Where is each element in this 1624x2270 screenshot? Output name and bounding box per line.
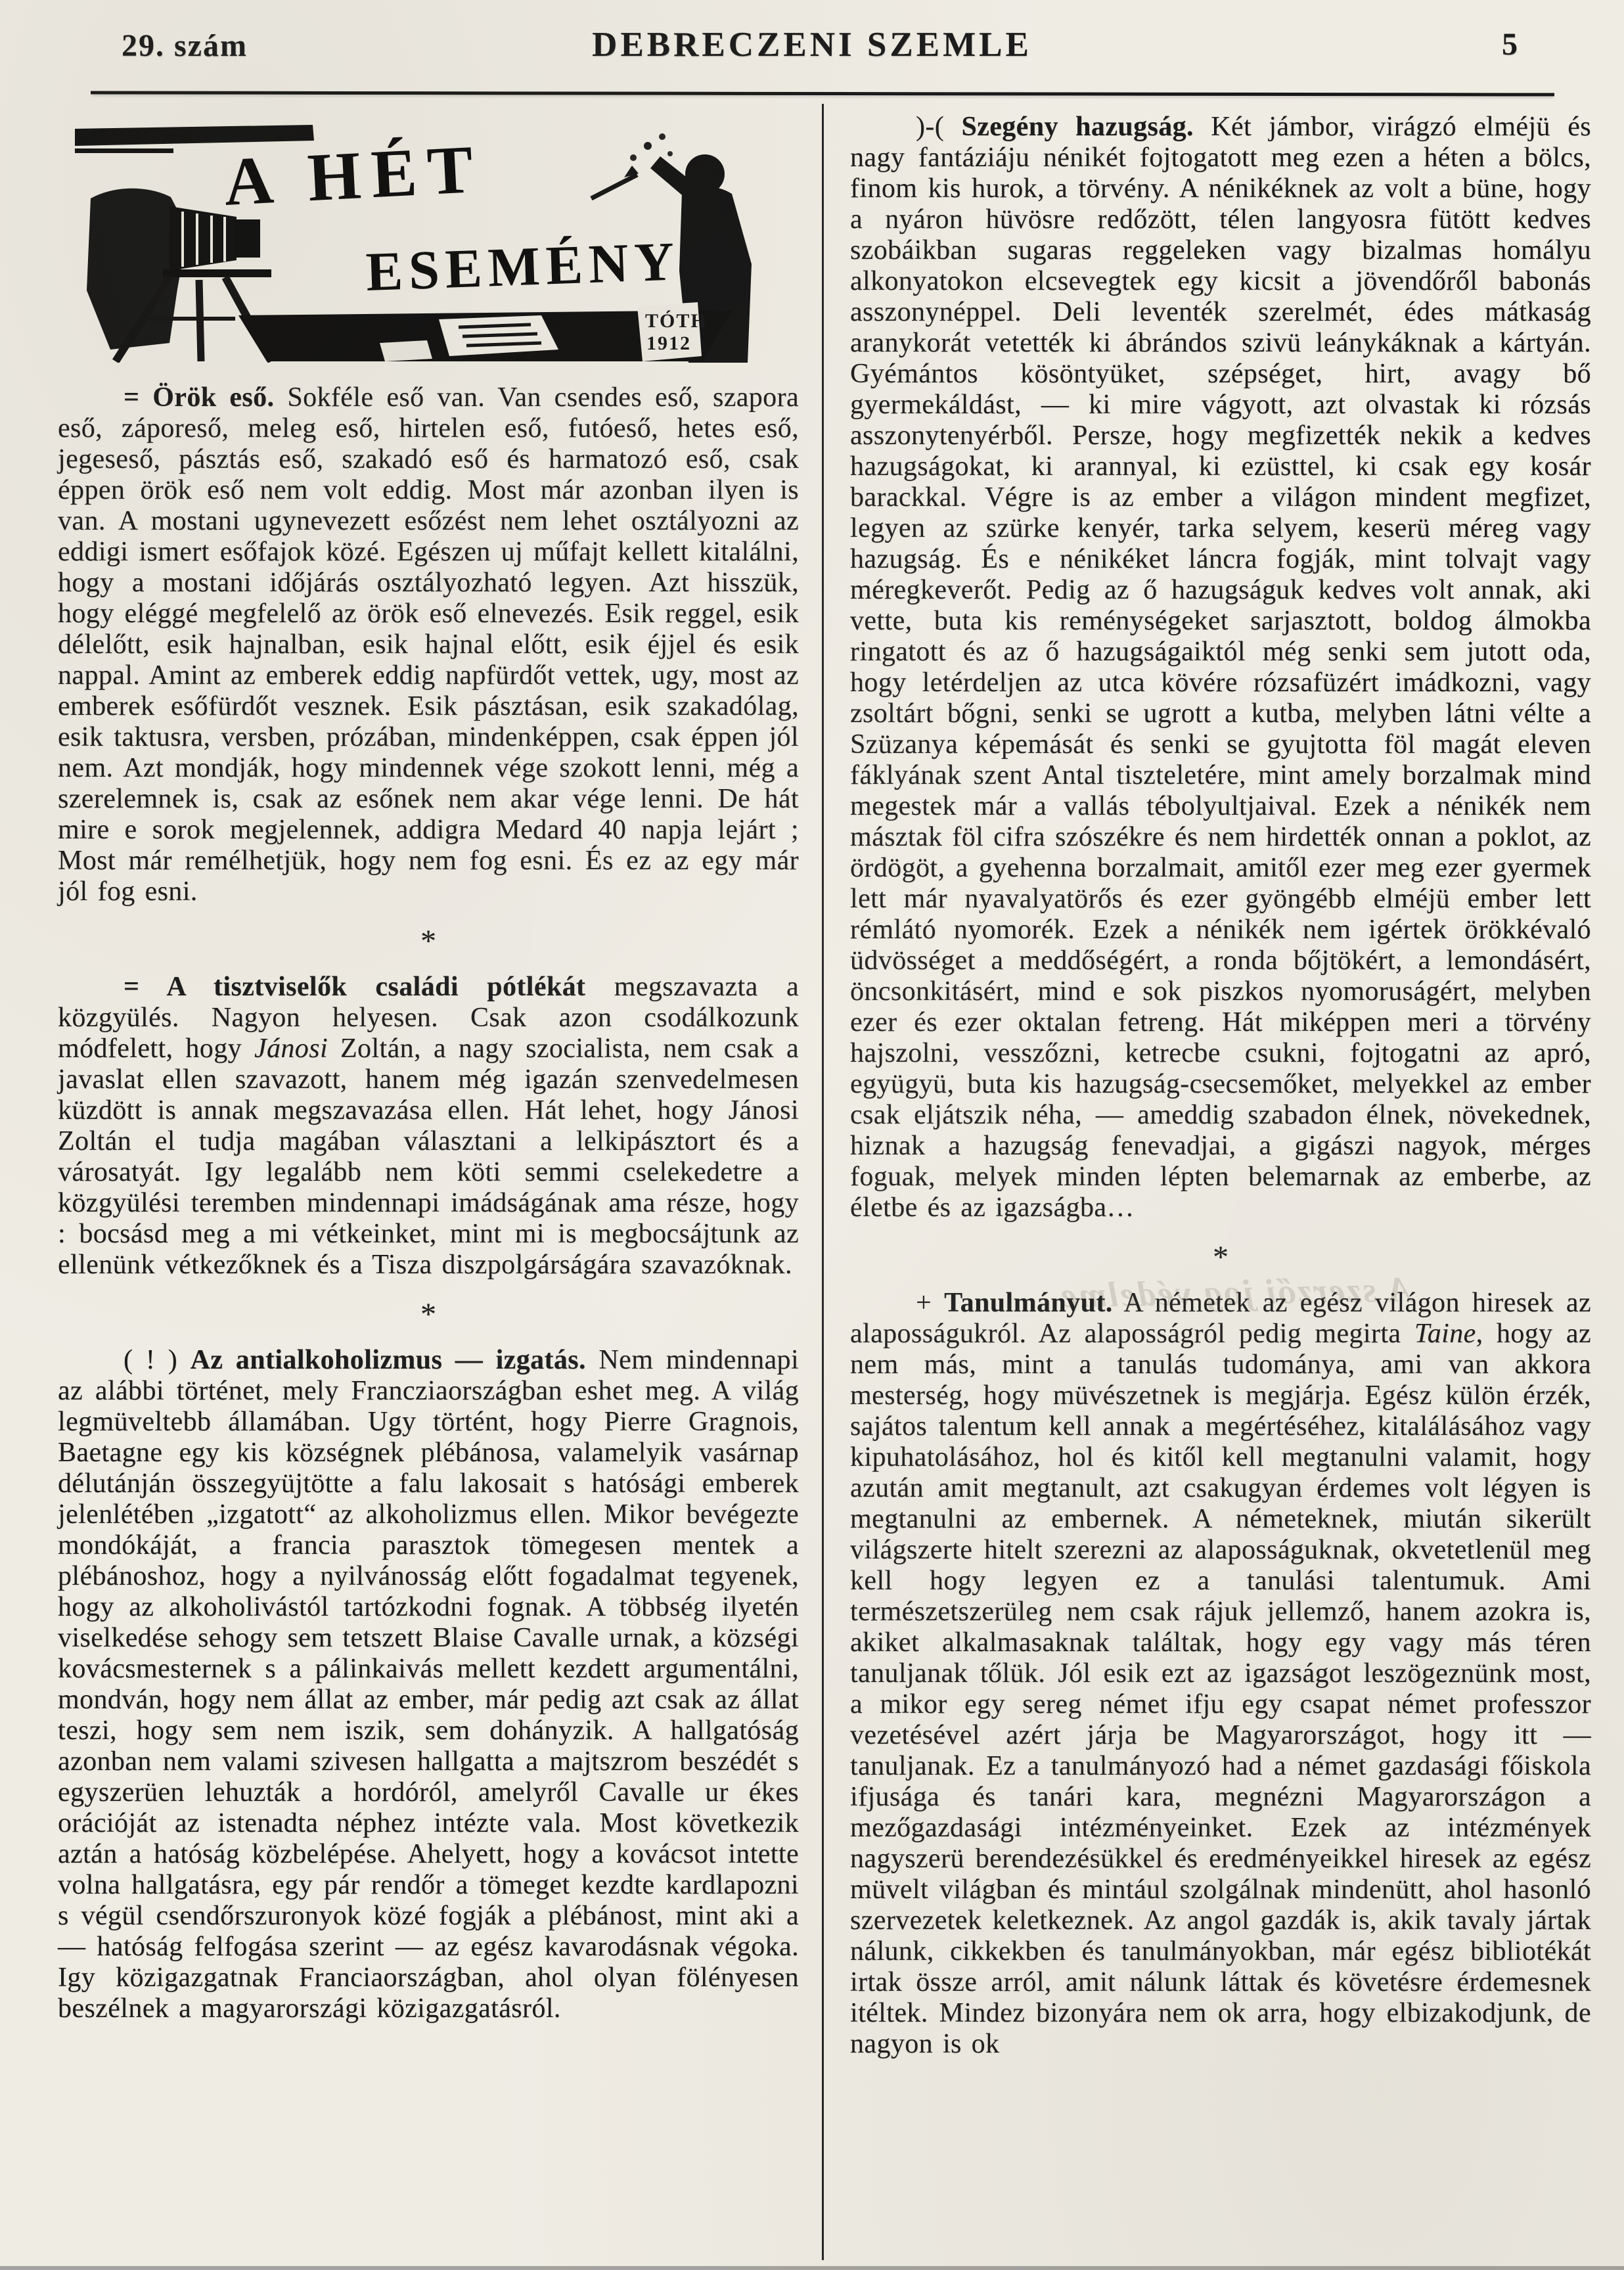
article-paragraph: = Örök eső. Sokféle eső van. Van csendes… <box>58 382 799 907</box>
article-paragraph: + Tanulmányut. A németek az egész világo… <box>850 1288 1591 2060</box>
masthead-title: A HÉT ESEMÉNYEI <box>222 131 751 303</box>
masthead-title-line1: A HÉT <box>222 131 485 220</box>
text-run: Tanulmányut. <box>944 1288 1113 1318</box>
text-run: Sokféle eső van. Van csendes eső, szapor… <box>58 382 799 907</box>
text-run: = Örök eső. <box>124 382 274 413</box>
section-separator: * <box>58 926 799 957</box>
text-run: Taine <box>1414 1319 1476 1349</box>
left-column: A HÉT ESEMÉNYEI <box>58 110 799 2024</box>
section-separator: * <box>58 1299 799 1330</box>
masthead-drawing: A HÉT ESEMÉNYEI <box>71 118 767 363</box>
article-paragraph: = A tisztviselők családi pótlékát megsza… <box>58 972 799 1281</box>
text-run: , hogy az nem más, mint a tanulás tudomá… <box>850 1319 1591 2059</box>
right-column: )-( Szegény hazugság. Két jámbor, virágz… <box>850 112 1591 2060</box>
text-run: Nem mindennapi az alábbi történet, mely … <box>58 1345 799 2024</box>
scanned-newspaper-page: { "page": { "issue": "29. szám", "title"… <box>0 0 1624 2270</box>
text-run: Szegény hazugság. <box>961 112 1194 142</box>
section-separator: * <box>850 1242 1591 1273</box>
header-rule <box>91 91 1554 96</box>
text-run: Az antialkoholizmus — izgatás. <box>191 1345 586 1375</box>
article-paragraph: ( ! ) Az antialkoholizmus — izgatás. Nem… <box>58 1345 799 2024</box>
illustration-signature-year: 1912 <box>646 332 691 354</box>
page-number: 5 <box>1502 26 1518 62</box>
text-run: ( ! ) <box>124 1345 191 1375</box>
column-divider <box>822 104 824 2260</box>
illustration-signature-name: TÓTH <box>645 310 708 332</box>
text-run: = A tisztviselők családi pótlékát <box>124 972 585 1002</box>
right-column-text: )-( Szegény hazugság. Két jámbor, virágz… <box>850 112 1591 2060</box>
scan-edge <box>0 2266 1624 2270</box>
text-run: Jánosi <box>254 1033 328 1064</box>
drawing-table: TÓTH 1912 <box>238 302 732 361</box>
left-column-text: = Örök eső. Sokféle eső van. Van csendes… <box>58 382 799 2024</box>
text-run: Két jámbor, virágzó elméjü és nagy fantá… <box>850 112 1591 1223</box>
masthead-illustration: A HÉT ESEMÉNYEI <box>71 118 767 363</box>
text-run: )-( <box>916 112 961 142</box>
article-paragraph: )-( Szegény hazugság. Két jámbor, virágz… <box>850 112 1591 1223</box>
text-run: + <box>916 1288 944 1318</box>
newspaper-title: DEBRECZENI SZEMLE <box>0 25 1624 64</box>
text-run: Zoltán, a nagy szocialista, nem csak a j… <box>58 1033 799 1280</box>
